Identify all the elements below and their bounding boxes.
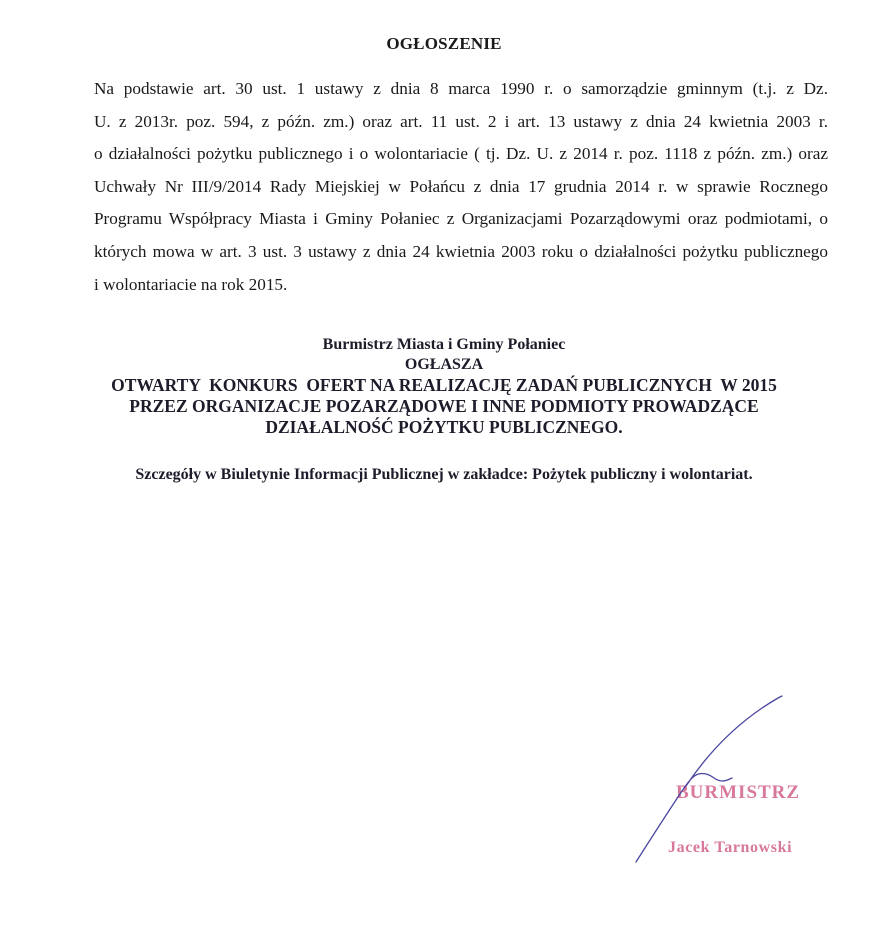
headline-line: DZIAŁALNOŚĆ POŻYTKU PUBLICZNEGO. [0, 417, 888, 438]
body-line: Programu Współpracy Miasta i Gminy Połan… [57, 203, 828, 236]
body-line: Na podstawie art. 30 ust. 1 ustawy z dni… [57, 73, 828, 106]
body-line: i wolontariacie na rok 2015. [57, 269, 828, 302]
body-line: Uchwały Nr III/9/2014 Rady Miejskiej w P… [57, 171, 828, 204]
body-line: o działalności pożytku publicznego i o w… [57, 138, 828, 171]
body-line: U. z 2013r. poz. 594, z późn. zm.) oraz … [57, 106, 828, 139]
document-title: OGŁOSZENIE [0, 34, 888, 54]
legal-basis-paragraph: Na podstawie art. 30 ust. 1 ustawy z dni… [57, 73, 828, 301]
announcement-verb: OGŁASZA [0, 356, 888, 374]
signature-mark [620, 690, 820, 870]
body-line: których mowa w art. 3 ust. 3 ustawy z dn… [57, 236, 828, 269]
document-page: OGŁOSZENIE Na podstawie art. 30 ust. 1 u… [0, 0, 888, 927]
issuing-authority: Burmistrz Miasta i Gminy Połaniec [0, 336, 888, 354]
headline-line: OTWARTY KONKURS OFERT NA REALIZACJĘ ZADA… [0, 375, 888, 396]
announcement-headline: OTWARTY KONKURS OFERT NA REALIZACJĘ ZADA… [0, 375, 888, 438]
headline-line: PRZEZ ORGANIZACJE POZARZĄDOWE I INNE POD… [0, 396, 888, 417]
details-note: Szczegóły w Biuletynie Informacji Public… [0, 466, 888, 484]
